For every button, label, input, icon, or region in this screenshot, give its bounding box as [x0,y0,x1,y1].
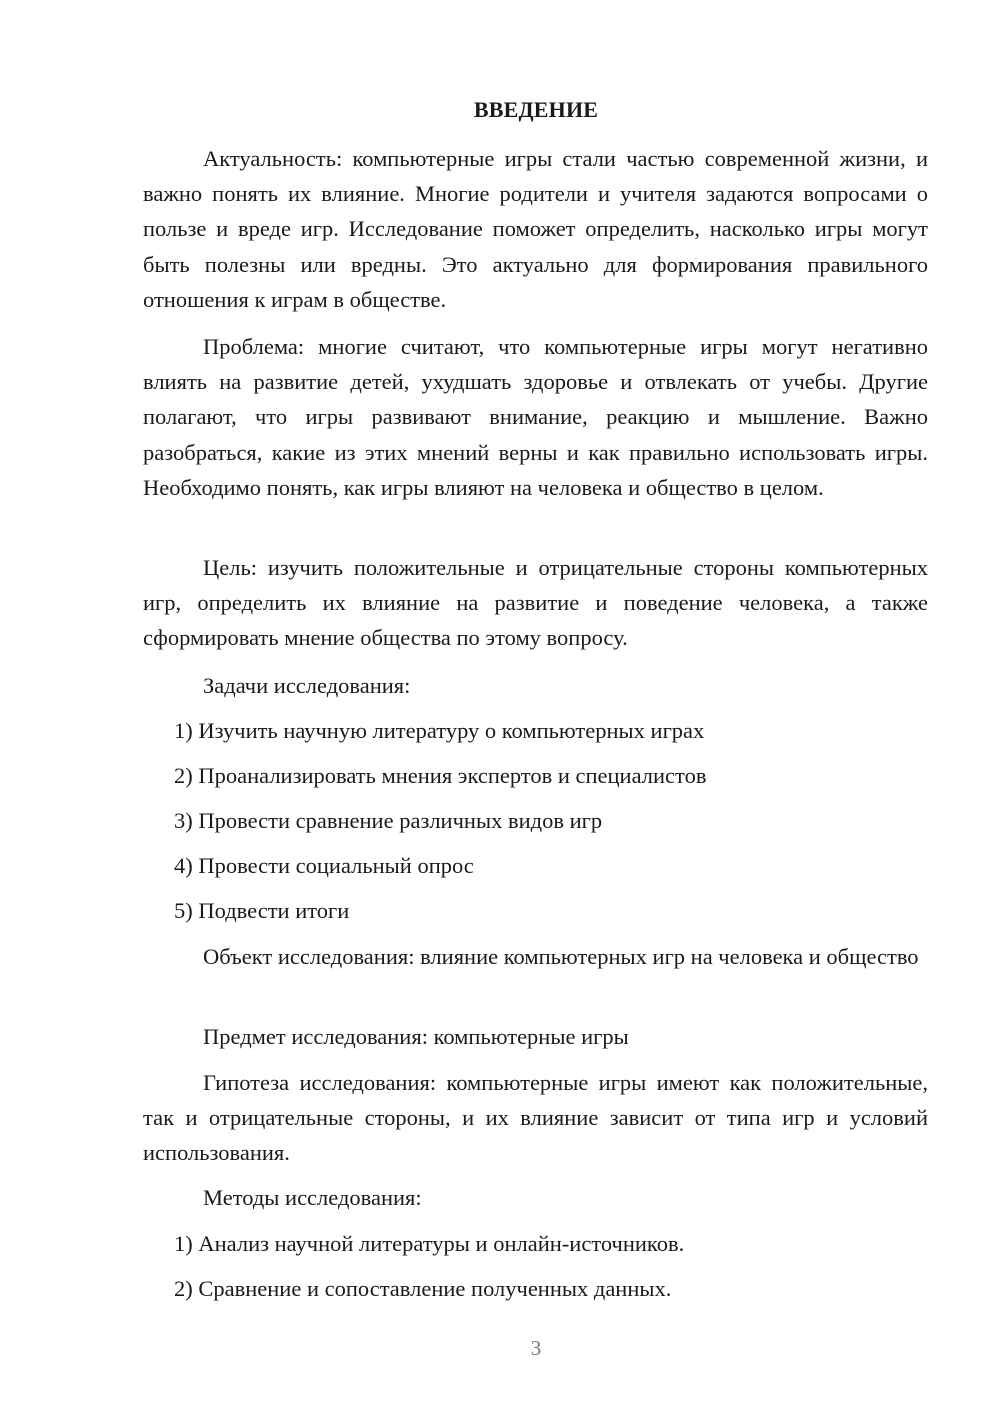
method-item: 1) Анализ научной литературы и онлайн-ис… [174,1226,684,1261]
tasks-heading: Задачи исследования: [203,668,410,703]
methods-heading: Методы исследования: [203,1180,422,1215]
task-item: 3) Провести сравнение различных видов иг… [174,803,602,838]
method-item: 2) Сравнение и сопоставление полученных … [174,1271,671,1306]
task-item: 1) Изучить научную литературу о компьюте… [174,713,704,748]
task-item: 4) Провести социальный опрос [174,848,474,883]
problem-paragraph: Проблема: многие считают, что компьютерн… [143,329,928,505]
goal-text: Цель: изучить положительные и отрицатель… [143,555,928,650]
hypothesis-text: Гипотеза исследования: компьютерные игры… [143,1070,928,1165]
object-text: Объект исследования: влияние компьютерны… [203,944,919,969]
task-item: 2) Проанализировать мнения экспертов и с… [174,758,706,793]
problem-text: Проблема: многие считают, что компьютерн… [143,334,928,500]
page-title: ВВЕДЕНИЕ [0,97,1000,123]
document-page: ВВЕДЕНИЕ Актуальность: компьютерные игры… [0,0,1000,1414]
subject-line: Предмет исследования: компьютерные игры [203,1019,629,1054]
hypothesis-paragraph: Гипотеза исследования: компьютерные игры… [143,1065,928,1171]
goal-paragraph: Цель: изучить положительные и отрицатель… [143,550,928,656]
object-paragraph: Объект исследования: влияние компьютерны… [143,939,928,974]
relevance-text: Актуальность: компьютерные игры стали ча… [143,146,928,312]
relevance-paragraph: Актуальность: компьютерные игры стали ча… [143,141,928,317]
page-number: 3 [0,1336,1000,1361]
task-item: 5) Подвести итоги [174,893,349,928]
